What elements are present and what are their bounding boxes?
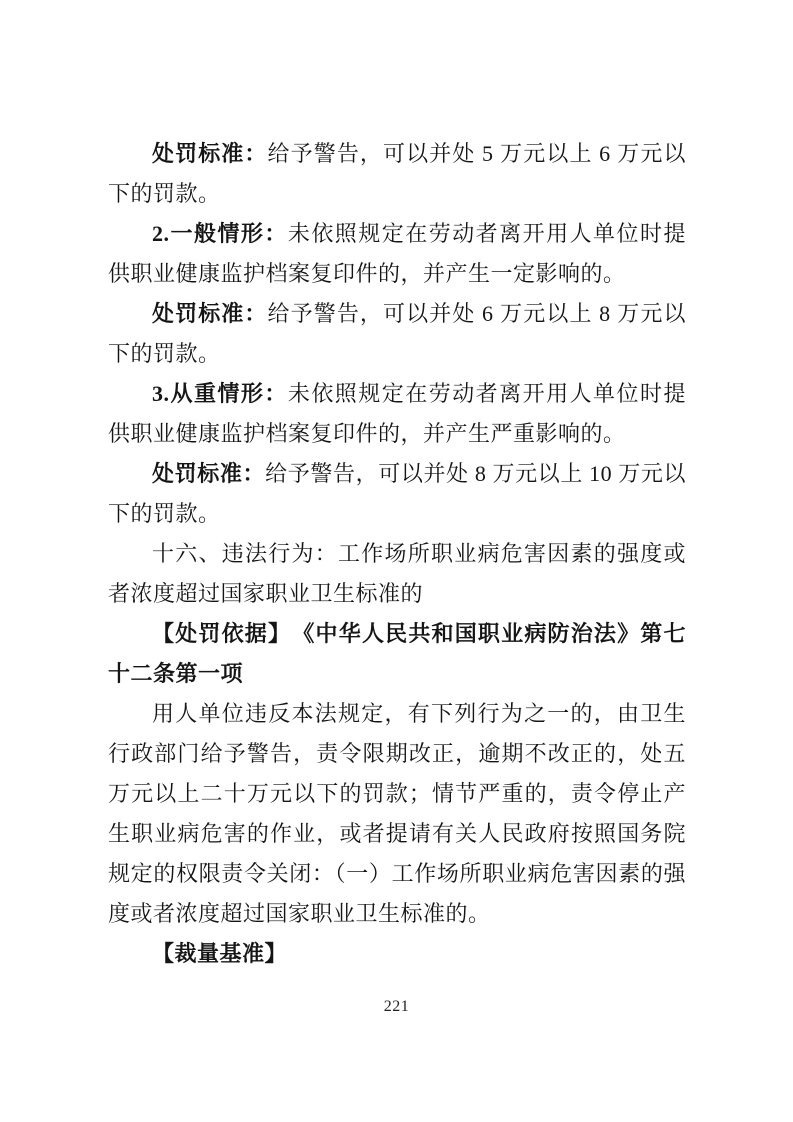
paragraph-label: 2.一般情形： [152, 221, 288, 246]
page-number: 221 [0, 998, 793, 1016]
paragraph-label: 处罚标准： [152, 461, 265, 486]
paragraph-penalty-standard-3: 处罚标准：给予警告，可以并处 8 万元以上 10 万元以下的罚款。 [108, 454, 686, 534]
paragraph-text: 十六、违法行为：工作场所职业病危害因素的强度或者浓度超过国家职业卫生标准的 [108, 541, 686, 606]
document-page: 处罚标准：给予警告，可以并处 5 万元以上 6 万元以下的罚款。 2.一般情形：… [0, 0, 793, 1122]
paragraph-penalty-standard-1: 处罚标准：给予警告，可以并处 5 万元以上 6 万元以下的罚款。 [108, 134, 686, 214]
paragraph-label: 【裁量基准】 [152, 941, 287, 966]
paragraph-text: 用人单位违反本法规定，有下列行为之一的，由卫生行政部门给予警告，责令限期改正，逾… [108, 701, 686, 926]
paragraph-penalty-basis-heading: 【处罚依据】 《中华人民共和国职业病防治法》第七十二条第一项 [108, 614, 686, 694]
paragraph-discretion-benchmark-heading: 【裁量基准】 [108, 934, 686, 974]
paragraph-label: 3.从重情形： [152, 381, 288, 406]
document-body: 处罚标准：给予警告，可以并处 5 万元以上 6 万元以下的罚款。 2.一般情形：… [108, 134, 686, 974]
paragraph-aggravated-case: 3.从重情形：未依照规定在劳动者离开用人单位时提供职业健康监护档案复印件的，并产… [108, 374, 686, 454]
paragraph-label: 【处罚依据】 《中华人民共和国职业病防治法》第七十二条第一项 [108, 621, 686, 686]
paragraph-violation-16-heading: 十六、违法行为：工作场所职业病危害因素的强度或者浓度超过国家职业卫生标准的 [108, 534, 686, 614]
paragraph-general-case: 2.一般情形：未依照规定在劳动者离开用人单位时提供职业健康监护档案复印件的，并产… [108, 214, 686, 294]
paragraph-label: 处罚标准： [152, 141, 268, 166]
paragraph-law-article-text: 用人单位违反本法规定，有下列行为之一的，由卫生行政部门给予警告，责令限期改正，逾… [108, 694, 686, 934]
paragraph-label: 处罚标准： [152, 301, 268, 326]
paragraph-penalty-standard-2: 处罚标准：给予警告，可以并处 6 万元以上 8 万元以下的罚款。 [108, 294, 686, 374]
